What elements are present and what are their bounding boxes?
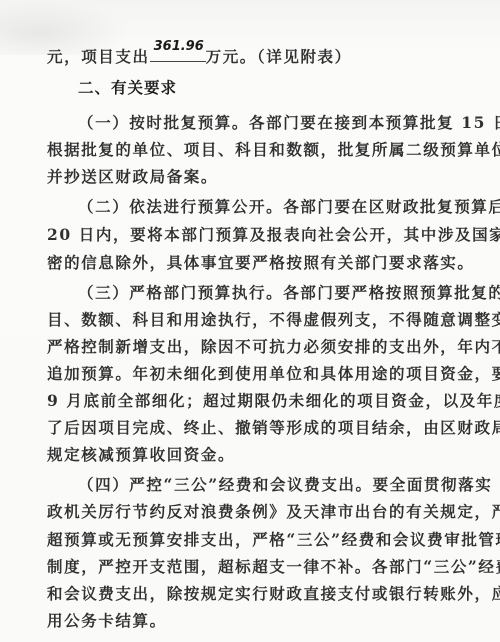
intro-prefix: 元，项目支出 <box>47 47 150 66</box>
handwritten-amount: 361.96 <box>154 37 204 57</box>
item-3-line-4: 追加预算。年初未细化到使用单位和具体用途的项目资金，要在 <box>47 364 467 384</box>
intro-line: 元，项目支出361.96万元。（详见附表） <box>47 45 467 67</box>
item-3-line-2: 目、数额、科目和用途执行，不得虚假列支，不得随意调整变更。 <box>47 310 467 330</box>
item-2-line-3: 密的信息除外，具体事宜要严格按照有关部门要求落实。 <box>47 253 467 273</box>
item-1-line-2: 根据批复的单位、项目、科目和数额，批复所属二级预算单位， <box>47 140 467 160</box>
item-2-line-2: 20 日内，要将本部门预算及报表向社会公开，其中涉及国家秘 <box>47 225 467 245</box>
item-1-line-1: （一）按时批复预算。各部门要在接到本预算批复 15 日内， <box>78 113 498 133</box>
amount-blank: 361.96 <box>150 45 206 62</box>
item-3-line-1: （三）严格部门预算执行。各部门要严格按照预算批复的项 <box>78 283 498 303</box>
intro-suffix: 万元。（详见附表） <box>206 47 352 66</box>
item-4-line-6: 用公务卡结算。 <box>47 611 467 631</box>
item-4-line-1: （四）严控“三公”经费和会议费支出。要全面贯彻落实《党 <box>78 475 498 495</box>
item-4-line-3: 超预算或无预算安排支出，严格“三公”经费和会议费审批管理 <box>47 530 467 550</box>
item-1-line-3: 并抄送区财政局备案。 <box>47 167 467 187</box>
item-4-line-4: 制度，严控开支范围，超标超支一律不补。各部门“三公”经费 <box>47 557 467 577</box>
item-4-line-5: 和会议费支出，除按规定实行财政直接支付或银行转账外，应使 <box>47 584 467 604</box>
section-heading: 二、有关要求 <box>78 78 498 98</box>
item-2-line-1: （二）依法进行预算公开。各部门要在区财政批复预算后 <box>78 197 498 217</box>
item-3-line-7: 规定核减预算收回资金。 <box>47 445 467 465</box>
item-4-line-2: 政机关厉行节约反对浪费条例》及天津市出台的有关规定，严禁 <box>47 502 467 522</box>
item-3-line-3: 严格控制新增支出，除因不可抗力必须安排的支出外，年内不再 <box>47 337 467 357</box>
document-page: 元，项目支出361.96万元。（详见附表） 二、有关要求 （一）按时批复预算。各… <box>0 0 500 642</box>
item-3-line-6: 了后因项目完成、终止、撤销等形成的项目结余，由区财政局按 <box>47 418 467 438</box>
item-3-line-5: 9 月底前全部细化；超过期限仍未细化的项目资金，以及年度终 <box>47 391 467 411</box>
